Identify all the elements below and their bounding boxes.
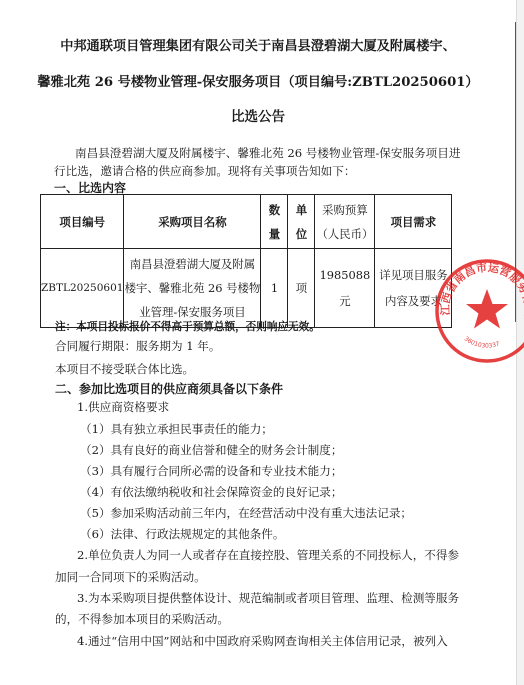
req-1-item-3: （3）具有履行合同所必需的设备和专业技术能力； xyxy=(80,463,342,479)
cell-project-no: ZBTL20250601 xyxy=(41,249,124,328)
header-unit-l2: 位 xyxy=(288,222,314,246)
budget-note: 注：本项目投标报价不得高于预算总额，否则响应无效。 xyxy=(55,319,320,334)
req-1-item-6: （6）法律、行政法规规定的其他条件。 xyxy=(80,526,284,542)
header-budget-l2: （人民币） xyxy=(315,222,374,246)
header-project-name: 采购项目名称 xyxy=(124,195,261,249)
table-header-row: 项目编号 采购项目名称 数 量 单 位 采购预算 （人民币） 项目需求 xyxy=(41,195,452,249)
req-2-line-1: 2.单位负责人为同一人或者存在直接控股、管理关系的不同投标人，不得参 xyxy=(77,547,459,563)
header-unit-l1: 单 xyxy=(288,198,314,222)
req-1-item-5: （5）参加采购活动前三年内，在经营活动中没有重大违法记录； xyxy=(80,505,412,521)
header-unit: 单 位 xyxy=(288,195,315,249)
cell-budget-currency: 元 xyxy=(315,288,374,314)
header-budget-l1: 采购预算 xyxy=(315,198,374,222)
svg-text:3601030337: 3601030337 xyxy=(463,335,501,349)
req-1-item-1: （1）具有独立承担民事责任的能力； xyxy=(80,421,273,437)
req-1-heading: 1.供应商资格要求 xyxy=(77,399,169,415)
contract-period: 合同履行期限：服务期为 1 年。 xyxy=(55,338,220,354)
no-consortium-note: 本项目不接受联合体比选。 xyxy=(55,361,194,377)
req-3-line-2: 的，不得参加本项目的采购活动。 xyxy=(55,611,229,627)
intro-line-2: 行比选，邀请合格的供应商参加。现将有关事项告知如下： xyxy=(54,163,355,179)
cell-project-name-l2: 楼宇、馨雅北苑 26 号楼物 xyxy=(124,276,260,300)
cell-project-name: 南昌县澄碧湖大厦及附属 楼宇、馨雅北苑 26 号楼物 业管理-保安服务项目 xyxy=(124,249,261,328)
header-project-no: 项目编号 xyxy=(41,195,124,249)
cell-project-name-l1: 南昌县澄碧湖大厦及附属 xyxy=(124,252,260,276)
intro-line-1: 南昌县澄碧湖大厦及附属楼宇、馨雅北苑 26 号楼物业管理-保安服务项目进 xyxy=(75,145,460,161)
req-1-item-2: （2）具有良好的商业信誉和健全的财务会计制度； xyxy=(80,442,342,458)
official-seal-icon: 江西省南昌市运营服务有限公司 3601030337 xyxy=(432,256,524,366)
header-quantity-l1: 数 xyxy=(261,198,287,222)
document-subtitle: 比选公告 xyxy=(0,105,516,125)
cell-budget-amount: 1985088 xyxy=(315,262,374,288)
cell-quantity: 1 xyxy=(261,249,288,328)
req-4-line-1: 4.通过“信用中国”网站和中国政府采购网查询相关主体信用记录，被列入 xyxy=(77,633,448,649)
req-1-item-4: （4）有依法缴纳税收和社会保障资金的良好记录； xyxy=(80,484,342,500)
table-row: ZBTL20250601 南昌县澄碧湖大厦及附属 楼宇、馨雅北苑 26 号楼物 … xyxy=(41,249,452,328)
header-quantity: 数 量 xyxy=(261,195,288,249)
cell-unit: 项 xyxy=(288,249,315,328)
document-title-line-1: 中邦通联项目管理集团有限公司关于南昌县澄碧湖大厦及附属楼宇、 xyxy=(0,35,516,54)
cell-budget: 1985088 元 xyxy=(315,249,375,328)
document-title-line-2: 馨雅北苑 26 号楼物业管理-保安服务项目（项目编号:ZBTL20250601） xyxy=(0,71,516,90)
section-2-heading: 二、参加比选项目的供应商须具备以下条件 xyxy=(55,380,283,397)
header-budget: 采购预算 （人民币） xyxy=(315,195,375,249)
procurement-table: 项目编号 采购项目名称 数 量 单 位 采购预算 （人民币） 项目需求 ZBTL… xyxy=(40,194,452,328)
req-3-line-1: 3.为本采购项目提供整体设计、规范编制或者项目管理、监理、检测等服务 xyxy=(77,590,459,606)
header-requirement: 项目需求 xyxy=(375,195,452,249)
header-quantity-l2: 量 xyxy=(261,222,287,246)
req-2-line-2: 加同一合同项下的采购活动。 xyxy=(55,569,206,585)
